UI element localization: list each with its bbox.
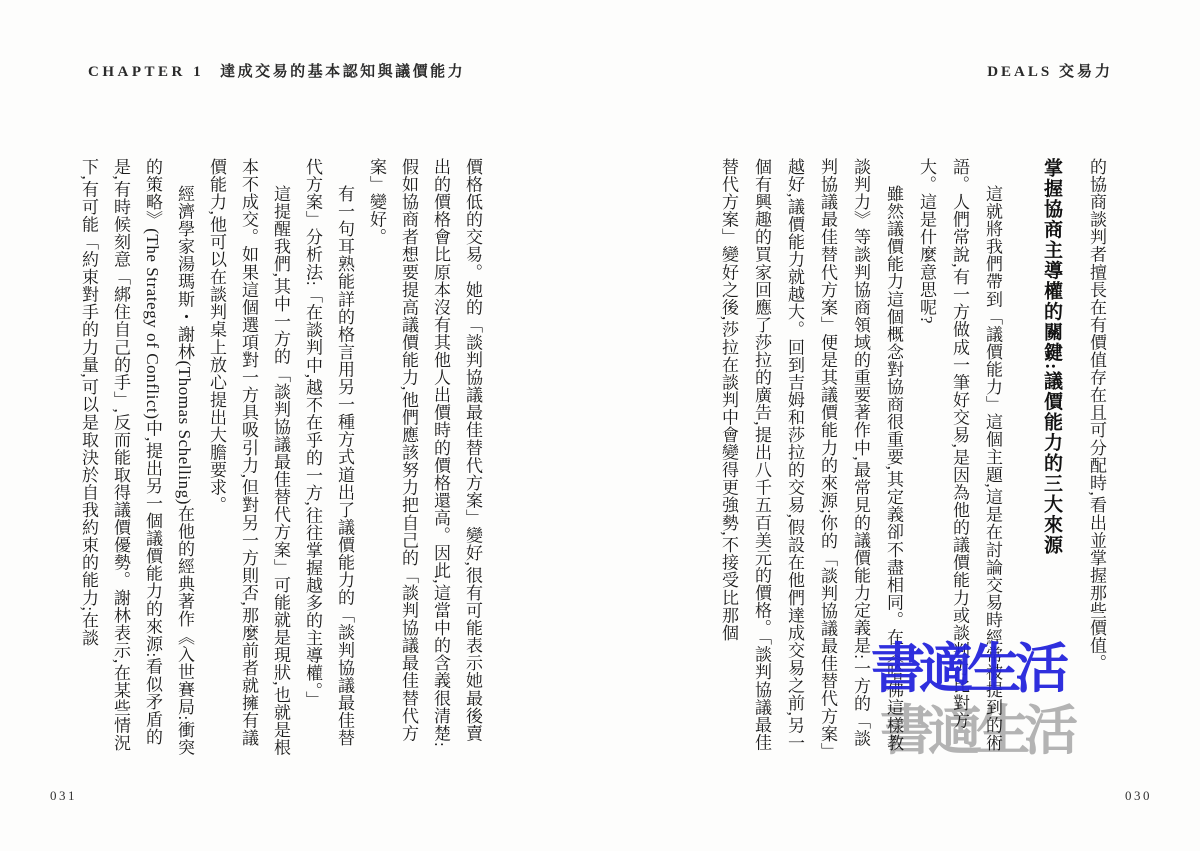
- paragraph: 這就將我們帶到「議價能力」這個主題,這是在討論交易時經常被提到的術語。人們常說,…: [910, 158, 1009, 758]
- chapter-title: 達成交易的基本認知與議價能力: [220, 64, 465, 80]
- chapter-label: CHAPTER 1: [88, 64, 204, 80]
- paragraph-continuation: 的協商談判者擅長在有價值存在且可分配時,看出並掌握那些價值。: [1080, 158, 1113, 758]
- paragraph: 雖然議價能力這個概念對協商很重要,其定義卻不盡相同。在《哈佛這樣教談判力》等談判…: [712, 158, 910, 758]
- paragraph: 這提醒我們,其中一方的「談判協議最佳替代方案」可能就是現狀,也就是根本不成交。如…: [200, 158, 296, 758]
- book-title-label: DEALS 交易力: [987, 64, 1113, 80]
- book-spread: CHAPTER 1達成交易的基本認知與議價能力 DEALS 交易力 的協商談判者…: [0, 0, 1200, 851]
- right-page-body: 的協商談判者擅長在有價值存在且可分配時,看出並掌握那些價值。 掌握協商主導權的關…: [653, 158, 1113, 758]
- page-number-right: 030: [1125, 788, 1152, 804]
- paragraph: 有一句耳熟能詳的格言用另一種方式道出了議價能力的「談判協議最佳替代方案」分析法:…: [296, 158, 360, 758]
- left-page-body: 價格低的交易。她的「談判協議最佳替代方案」變好,很有可能表示她最後賣出的價格會比…: [48, 158, 488, 758]
- paragraph-continuation: 價格低的交易。她的「談判協議最佳替代方案」變好,很有可能表示她最後賣出的價格會比…: [360, 158, 488, 758]
- running-head-right: DEALS 交易力: [987, 60, 1113, 81]
- section-heading: 掌握協商主導權的關鍵:議價能力的三大來源: [1035, 158, 1068, 758]
- page-number-left: 031: [50, 788, 77, 804]
- running-head-left: CHAPTER 1達成交易的基本認知與議價能力: [88, 60, 465, 81]
- paragraph: 經濟學家湯瑪斯・謝林(Thomas Schelling)在他的經典著作《入世賽局…: [72, 158, 200, 758]
